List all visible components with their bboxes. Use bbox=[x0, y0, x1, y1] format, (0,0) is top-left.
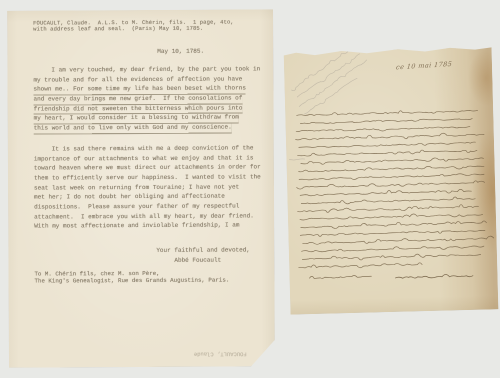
typed-line: With my most affectionate and inviolable… bbox=[34, 221, 260, 232]
handwriting-line bbox=[301, 196, 475, 205]
handwriting-line bbox=[300, 212, 483, 221]
handwriting-line bbox=[300, 118, 472, 125]
handwriting-closing bbox=[309, 275, 371, 279]
pencil-mark bbox=[289, 159, 304, 160]
pencil-line bbox=[290, 46, 362, 91]
manuscript-letter-page: ce 10 mai 1785 bbox=[284, 46, 499, 314]
handwriting-line bbox=[298, 204, 479, 213]
handwriting-line bbox=[301, 157, 484, 165]
handwriting-line bbox=[299, 142, 476, 149]
pencil-line bbox=[297, 54, 361, 99]
handwriting-line bbox=[296, 132, 485, 141]
handwriting-line bbox=[302, 252, 480, 261]
handwriting-line bbox=[303, 236, 494, 245]
handwriting-line bbox=[300, 188, 471, 197]
pencil-line bbox=[298, 59, 367, 108]
handwriting-signature bbox=[395, 274, 472, 279]
handwriting-line bbox=[298, 149, 477, 158]
pencil-annotation bbox=[288, 46, 378, 115]
typed-paragraph: It is sad there remains with me a deep c… bbox=[34, 143, 260, 231]
handwriting-line bbox=[301, 220, 487, 229]
handwriting-line bbox=[297, 109, 478, 117]
typed-letter-page: FOUCAULT, Claude. A.L.S. to M. Chérin, f… bbox=[7, 9, 275, 367]
typed-line: this world and to live only with God and… bbox=[34, 123, 232, 134]
handwriting-line bbox=[296, 126, 470, 133]
photo-background: FOUCAULT, Claude. A.L.S. to M. Chérin, f… bbox=[0, 0, 500, 378]
typed-line: It is sad there remains with me a deep c… bbox=[34, 143, 260, 154]
letter-body: I am very touched, my dear friend, by th… bbox=[33, 64, 260, 242]
handwriting-line bbox=[299, 262, 422, 269]
typed-line: them to efficiently serve our happiness.… bbox=[34, 172, 260, 183]
letter-date: May 10, 1785. bbox=[157, 48, 204, 56]
handwriting-line bbox=[299, 165, 484, 173]
handwriting-line bbox=[299, 173, 484, 181]
pencil-line bbox=[304, 77, 358, 115]
handwriting-lines bbox=[284, 46, 499, 314]
typed-line: seat last week on returning from Tourain… bbox=[34, 182, 260, 193]
address-block: To M. Chérin fils, chez M. son Père, The… bbox=[34, 270, 229, 285]
typed-paragraph: I am very touched, my dear friend, by th… bbox=[33, 64, 259, 133]
letter-signature: Abbé Foucault bbox=[174, 256, 221, 265]
handwriting-line bbox=[302, 244, 484, 253]
letter-closing: Your faithful and devoted, bbox=[156, 245, 250, 254]
handwriting-line bbox=[300, 230, 485, 237]
handwriting-line bbox=[297, 180, 485, 189]
reversed-docket: FOUCAULT, Claude bbox=[194, 350, 247, 356]
catalog-header: FOUCAULT, Claude. A.L.S. to M. Chérin, f… bbox=[33, 19, 258, 33]
